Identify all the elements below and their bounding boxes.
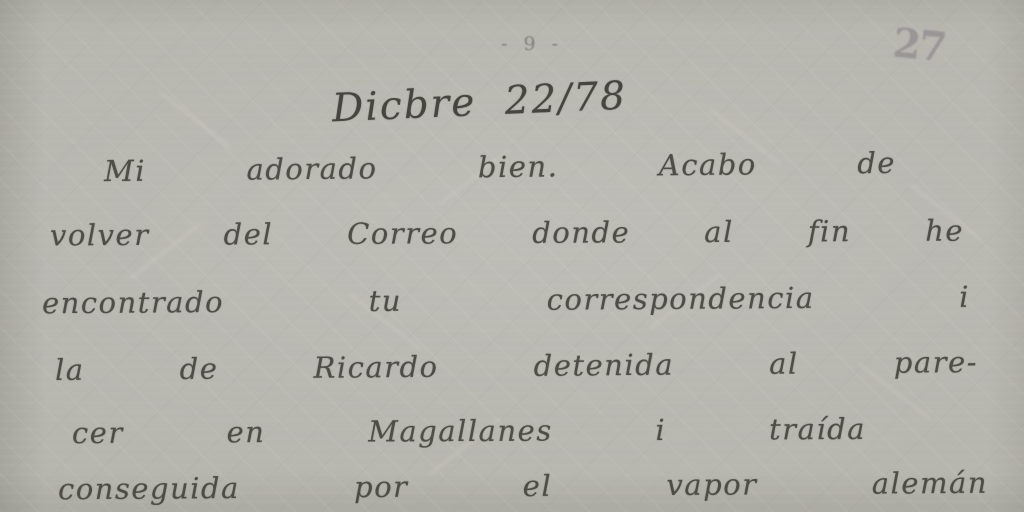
handwritten-line-4: la de Ricardo detenida al pare- [55,345,978,387]
handwritten-line-1: Mi adorado bien. Acabo de [104,146,896,188]
paper-mark [159,91,232,149]
handwritten-line-6: conseguida por el vapor alemán [58,466,988,506]
date-heading: Dicbre 22/78 [331,74,628,132]
handwritten-line-3: encontrado tu correspondencia i [42,280,970,320]
handwritten-line-5: cer en Magallanes i traída [72,412,866,450]
page-number: - 9 - [20,33,1024,55]
handwritten-line-2: volver del Correo donde al fin he [50,214,964,253]
archive-folio-stamp: 27 [891,19,947,71]
letter-page: - 9 - 27 Dicbre 22/78 Mi adorado bien. A… [0,0,1024,512]
